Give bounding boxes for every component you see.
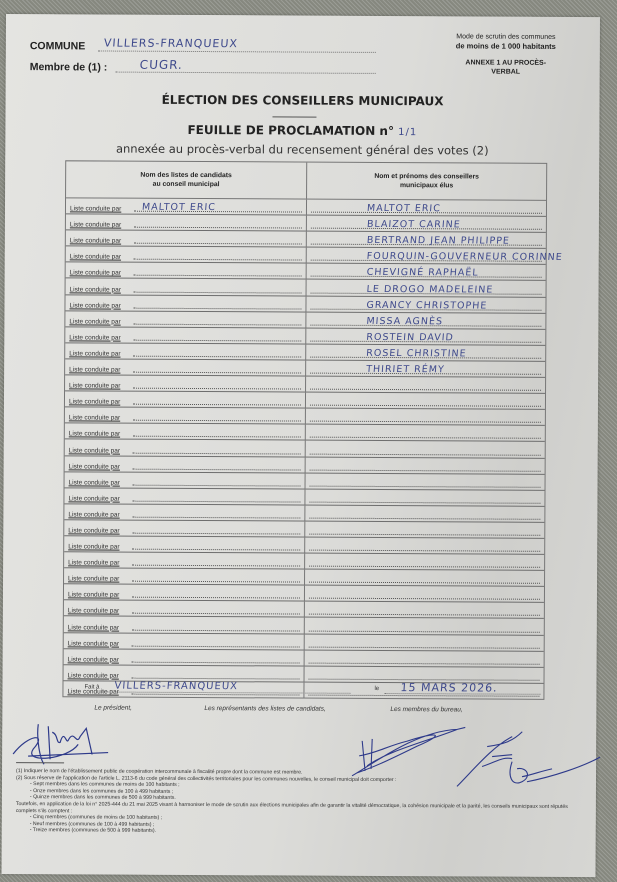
list-cell[interactable]: Liste conduite par <box>65 343 306 359</box>
list-cell[interactable]: Liste conduite par <box>65 440 306 456</box>
row-prefix: Liste conduite par <box>68 624 119 631</box>
membre-label: Membre de (1) : <box>30 61 108 73</box>
table-header: Nom des listes de candidatsau conseil mu… <box>66 161 546 201</box>
list-dotted-line <box>132 597 300 599</box>
elected-dotted-line <box>309 646 540 648</box>
list-cell[interactable]: Liste conduite par <box>64 552 305 568</box>
elected-cell[interactable]: GRANCY CHRISTOPHE <box>306 296 545 312</box>
list-dotted-line <box>133 452 301 454</box>
elected-name: LE DROGO MADELEINE <box>366 283 494 295</box>
list-cell[interactable]: Liste conduite par <box>65 408 306 424</box>
elected-dotted-line <box>309 566 540 568</box>
row-prefix: Liste conduite par <box>70 286 121 293</box>
scrutin-mode: Mode de scrutin des communes de moins de… <box>446 32 566 52</box>
elected-dotted-line <box>309 582 540 584</box>
elected-cell[interactable] <box>305 650 544 666</box>
date-label: le <box>374 686 379 692</box>
list-dotted-line <box>134 227 302 229</box>
list-cell[interactable]: Liste conduite par <box>65 295 306 311</box>
sheet-title: FEUILLE DE PROCLAMATION n° 1/1 <box>5 122 599 139</box>
elected-name: FOURQUIN-GOUVERNEUR CORINNE <box>366 251 563 263</box>
row-prefix: Liste conduite par <box>69 399 120 406</box>
row-prefix: Liste conduite par <box>68 672 119 679</box>
list-dotted-line <box>133 307 301 309</box>
elected-cell[interactable] <box>305 570 544 586</box>
elected-cell[interactable] <box>305 666 544 682</box>
row-prefix: Liste conduite par <box>70 270 121 277</box>
list-cell[interactable]: Liste conduite par <box>64 601 305 617</box>
list-dotted-line <box>132 629 300 631</box>
membres-bureau-label: Les membres du bureau, <box>390 706 462 713</box>
president-signature <box>8 714 118 775</box>
title-separator <box>272 116 316 117</box>
list-cell[interactable]: Liste conduite par <box>64 633 305 649</box>
row-prefix: Liste conduite par <box>68 495 119 502</box>
elected-dotted-line <box>310 421 541 423</box>
elected-cell[interactable] <box>305 505 544 521</box>
list-cell[interactable]: Liste conduite par <box>65 456 306 472</box>
list-dotted-line <box>132 677 300 679</box>
list-dotted-line <box>133 340 301 342</box>
elected-name: GRANCY CHRISTOPHE <box>366 300 488 312</box>
row-prefix: Liste conduite par <box>69 463 120 470</box>
list-cell[interactable]: Liste conduite par <box>66 247 307 263</box>
row-prefix: Liste conduite par <box>69 479 120 486</box>
elected-dotted-line <box>309 501 540 503</box>
list-cell[interactable]: Liste conduite par <box>65 327 306 343</box>
elected-cell[interactable] <box>305 586 544 602</box>
list-cell[interactable]: Liste conduite par <box>64 536 305 552</box>
elected-name: MALTOT ERIC <box>367 203 442 214</box>
list-dotted-line <box>134 259 302 261</box>
list-dotted-line <box>133 420 301 422</box>
row-prefix: Liste conduite par <box>68 592 119 599</box>
list-dotted-line <box>133 436 301 438</box>
elected-cell[interactable] <box>305 618 544 634</box>
row-prefix: Liste conduite par <box>68 576 119 583</box>
list-dotted-line <box>133 323 301 325</box>
elected-cell[interactable]: FOURQUIN-GOUVERNEUR CORINNE <box>307 248 546 264</box>
elected-cell[interactable]: BERTRAND JEAN PHILIPPE <box>307 232 546 248</box>
list-dotted-line <box>133 372 301 374</box>
list-dotted-line <box>132 581 300 583</box>
col-elected-header: Nom et prénoms des conseillersmunicipaux… <box>307 163 546 200</box>
list-cell[interactable]: Liste conduite par <box>64 665 305 681</box>
elected-cell[interactable] <box>306 441 545 457</box>
elected-cell[interactable] <box>306 425 545 441</box>
list-cell[interactable]: Liste conduite par <box>65 375 306 391</box>
row-prefix: Liste conduite par <box>68 608 119 615</box>
list-head-name: MALTOT ERIC <box>142 202 217 213</box>
elected-name: CHEVIGNÉ RAPHAËL <box>366 267 479 279</box>
list-dotted-line <box>132 533 300 535</box>
list-dotted-line <box>133 484 301 486</box>
elected-name: ROSEL CHRISTINE <box>366 348 467 360</box>
elected-cell[interactable] <box>306 409 545 425</box>
row-prefix: Liste conduite par <box>69 334 120 341</box>
row-prefix: Liste conduite par <box>70 222 121 229</box>
list-dotted-line <box>132 565 300 567</box>
page-title: ÉLECTION DES CONSEILLERS MUNICIPAUX <box>6 92 600 109</box>
row-prefix: Liste conduite par <box>70 205 121 212</box>
list-cell[interactable]: Liste conduite par <box>64 568 305 584</box>
elected-cell[interactable]: MALTOT ERIC <box>307 200 546 216</box>
elected-dotted-line <box>309 534 540 536</box>
list-dotted-line <box>132 517 300 519</box>
list-dotted-line <box>134 275 302 277</box>
president-label: Le président, <box>94 704 132 711</box>
list-dotted-line <box>132 661 300 663</box>
elected-cell[interactable] <box>305 538 544 554</box>
elected-cell[interactable] <box>306 377 545 393</box>
list-dotted-line <box>134 291 302 293</box>
list-cell[interactable]: Liste conduite par <box>65 311 306 327</box>
elected-cell[interactable] <box>306 393 545 409</box>
sheet-number: 1/1 <box>398 127 417 138</box>
row-prefix: Liste conduite par <box>68 511 119 518</box>
membre-value: CUGR. <box>139 58 183 72</box>
membre-field-line <box>116 72 376 74</box>
elected-cell[interactable]: BLAIZOT CARINE <box>307 216 546 232</box>
list-cell[interactable]: Liste conduite par <box>65 424 306 440</box>
list-cell[interactable]: Liste conduite par <box>64 649 305 665</box>
elected-name: BERTRAND JEAN PHILIPPE <box>366 235 510 247</box>
row-prefix: Liste conduite par <box>68 656 119 663</box>
list-dotted-line <box>133 356 301 358</box>
elected-name: BLAIZOT CARINE <box>366 219 461 230</box>
list-cell[interactable]: Liste conduite par <box>65 359 306 375</box>
mode-line-2: de moins de 1 000 habitants <box>456 41 556 51</box>
list-cell[interactable]: Liste conduite par <box>64 520 305 536</box>
elected-cell[interactable] <box>305 489 544 505</box>
row-prefix: Liste conduite par <box>69 431 120 438</box>
list-cell[interactable]: Liste conduite par <box>64 585 305 601</box>
commune-value: VILLERS-FRANQUEUX <box>103 37 238 51</box>
elected-name: ROSTEIN DAVID <box>366 332 454 343</box>
annexe-line-1: ANNEXE 1 AU PROCÈS- <box>456 58 556 68</box>
elected-dotted-line <box>309 550 540 552</box>
annexe-line-2: VERBAL <box>456 67 556 77</box>
elected-dotted-line <box>309 614 540 616</box>
elected-cell[interactable] <box>306 473 545 489</box>
elected-cell[interactable] <box>305 634 544 650</box>
annexe-label: ANNEXE 1 AU PROCÈS- VERBAL <box>456 58 556 77</box>
elected-dotted-line <box>309 598 540 600</box>
list-cell[interactable]: Liste conduite parMALTOT ERIC <box>66 198 307 214</box>
elected-cell[interactable] <box>305 521 544 537</box>
elected-cell[interactable]: LE DROGO MADELEINE <box>307 280 546 296</box>
fait-a-label: Fait à <box>84 684 99 690</box>
elected-cell[interactable]: THIRIET RÉMY <box>306 361 545 377</box>
elected-cell[interactable]: ROSTEIN DAVID <box>306 328 545 344</box>
list-dotted-line <box>131 694 299 696</box>
proclamation-sheet: COMMUNE VILLERS-FRANQUEUX Membre de (1) … <box>1 14 599 877</box>
commune-field-line <box>98 50 376 52</box>
elected-name: THIRIET RÉMY <box>366 364 445 375</box>
list-cell[interactable]: Liste conduite par <box>64 504 305 520</box>
list-dotted-line <box>133 468 301 470</box>
list-cell[interactable]: Liste conduite par <box>65 472 306 488</box>
row-prefix: Liste conduite par <box>69 366 120 373</box>
list-cell[interactable]: Liste conduite par <box>64 488 305 504</box>
elected-dotted-line <box>310 453 541 455</box>
elected-dotted-line <box>310 389 541 391</box>
elected-cell[interactable]: CHEVIGNÉ RAPHAËL <box>307 264 546 280</box>
elected-dotted-line <box>310 437 541 439</box>
row-prefix: Liste conduite par <box>69 318 120 325</box>
list-dotted-line <box>133 388 301 390</box>
row-prefix: Liste conduite par <box>69 350 120 357</box>
list-cell[interactable]: Liste conduite par <box>66 263 307 279</box>
list-dotted-line <box>134 243 302 245</box>
list-dotted-line <box>132 549 300 551</box>
row-prefix: Liste conduite par <box>69 447 120 454</box>
elected-cell[interactable]: MISSA AGNÈS <box>306 312 545 328</box>
elected-dotted-line <box>310 405 541 407</box>
table-body: Liste conduite parMALTOT ERICMALTOT ERIC… <box>63 198 546 698</box>
list-dotted-line <box>132 645 300 647</box>
elected-cell[interactable]: ROSEL CHRISTINE <box>306 344 545 360</box>
row-prefix: Liste conduite par <box>70 254 121 261</box>
fait-a-value: VILLERS-FRANQUEUX <box>114 681 238 693</box>
row-prefix: Liste conduite par <box>68 640 119 647</box>
elected-dotted-line <box>310 485 541 487</box>
elected-dotted-line <box>309 630 540 632</box>
list-cell[interactable]: Liste conduite par <box>64 617 305 633</box>
row-prefix: Liste conduite par <box>70 238 121 245</box>
list-cell[interactable]: Liste conduite par <box>66 279 307 295</box>
list-cell[interactable]: Liste conduite par <box>66 231 307 247</box>
elected-cell[interactable] <box>305 602 544 618</box>
row-prefix: Liste conduite par <box>68 543 119 550</box>
elected-dotted-line <box>309 517 540 519</box>
date-value: 15 MARS 2026. <box>400 681 498 695</box>
elected-cell[interactable] <box>305 554 544 570</box>
list-dotted-line <box>132 613 300 615</box>
row-prefix: Liste conduite par <box>69 302 120 309</box>
subtitle: annexée au procès-verbal du recensement … <box>5 141 599 158</box>
elected-dotted-line <box>310 469 541 471</box>
row-prefix: Liste conduite par <box>68 527 119 534</box>
proclamation-table: Nom des listes de candidatsau conseil mu… <box>62 160 547 699</box>
elected-dotted-line <box>308 694 539 696</box>
footnotes: (1) Indiquer le nom de l'établissement p… <box>16 768 576 837</box>
list-dotted-line <box>132 500 300 502</box>
list-cell[interactable]: Liste conduite par <box>66 214 307 230</box>
row-prefix: Liste conduite par <box>69 415 120 422</box>
col-lists-header: Nom des listes de candidatsau conseil mu… <box>66 161 307 198</box>
commune-label: COMMUNE <box>30 40 85 52</box>
list-cell[interactable]: Liste conduite par <box>65 391 306 407</box>
row-prefix: Liste conduite par <box>69 382 120 389</box>
elected-dotted-line <box>309 662 540 664</box>
elected-cell[interactable] <box>306 457 545 473</box>
elected-name: MISSA AGNÈS <box>366 316 443 327</box>
representants-label: Les représentants des listes de candidat… <box>204 705 325 713</box>
list-dotted-line <box>133 404 301 406</box>
row-prefix: Liste conduite par <box>68 559 119 566</box>
sheet-label: FEUILLE DE PROCLAMATION n° <box>187 123 394 138</box>
